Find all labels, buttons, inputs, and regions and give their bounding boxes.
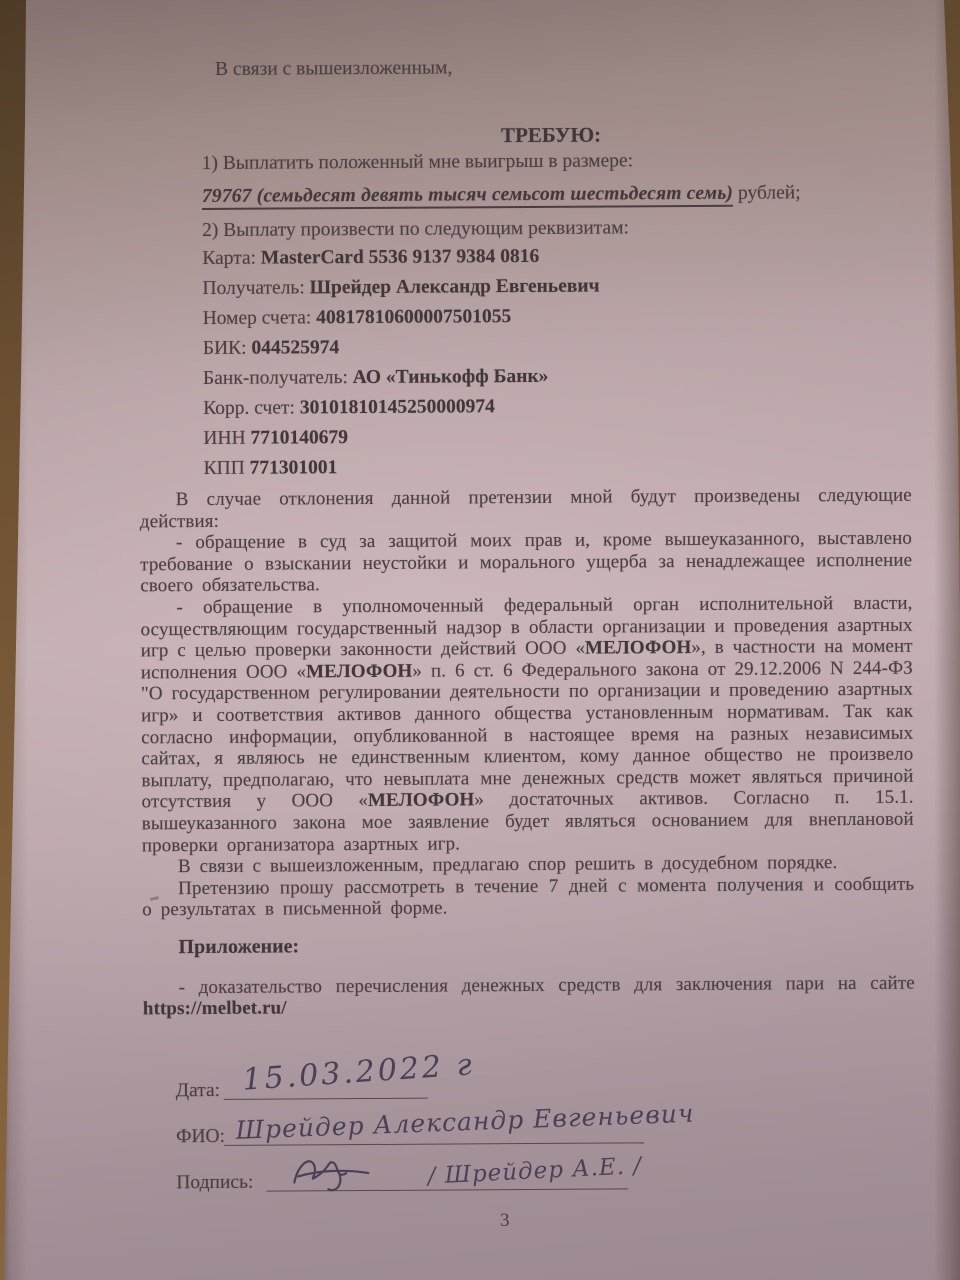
demand-item-1: 1) Выплатить положенный мне выигрыш в ра… — [202, 148, 910, 176]
paragraph-actions-intro: В случае отклонения данной претензии мно… — [140, 485, 912, 533]
intro-line: В связи с вышеизложенным, — [215, 54, 909, 82]
fio-row: ФИО: Шрейдер Александр Евгеньевич — [140, 1104, 930, 1155]
requisite-row-card: Карта: MasterCard 5536 9137 9384 0816 — [202, 240, 910, 274]
requisite-value: MasterCard 5536 9137 9384 0816 — [261, 246, 540, 269]
requisite-label: Получатель: — [202, 277, 309, 299]
claim-consequences: В случае отклонения данной претензии мно… — [140, 485, 915, 922]
paragraph-regulator-action: - обращение в уполномоченный федеральный… — [140, 593, 914, 857]
signature-row: Подпись: / Шрейдер А.Е. / — [140, 1150, 930, 1201]
date-underline — [224, 1098, 428, 1100]
bank-requisites: Карта: MasterCard 5536 9137 9384 0816 По… — [138, 240, 911, 485]
requisite-value: 40817810600007501055 — [316, 306, 511, 328]
requisite-row-bank: Банк-получатель: АО «Тинькофф Банк» — [203, 360, 911, 394]
requisite-label: Номер счета: — [203, 307, 317, 329]
amount-underlined: 79767 (семьдесят девять тысяч семьсот ше… — [202, 183, 733, 210]
requisite-value: 771301001 — [250, 457, 338, 479]
paragraph-court-action: - обращение в суд за защитой моих прав и… — [140, 528, 912, 597]
requisite-row-corr: Корр. счет: 30101810145250000974 — [203, 390, 911, 424]
company-name: МЕЛОФОН — [368, 790, 474, 812]
attachment-text: - доказательство перечисления денежных с… — [179, 973, 915, 998]
signature-block: Дата: 15.03.2022 г ФИО: Шрейдер Александ… — [140, 1058, 931, 1201]
requisite-value: 7710140679 — [250, 427, 348, 449]
requisite-label: Карта: — [202, 248, 261, 269]
handwritten-signature-name: / Шрейдер А.Е. / — [427, 1153, 643, 1190]
requisite-row-account: Номер счета: 40817810600007501055 — [203, 300, 911, 334]
site-link-text: https://melbet.ru/ — [143, 998, 287, 1020]
requisite-value: 30101810145250000974 — [300, 396, 495, 418]
signature-label: Подпись: — [176, 1172, 253, 1194]
requisite-value: Шрейдер Александр Евгеньевич — [310, 276, 600, 299]
demand-heading: ТРЕБУЮ: — [137, 120, 909, 151]
requisite-label: Корр. счет: — [203, 397, 300, 419]
requisite-label: Банк-получатель: — [203, 367, 353, 389]
amount-line: 79767 (семьдесят девять тысяч семьсот ше… — [202, 180, 910, 210]
requisite-label: ИНН — [203, 428, 250, 449]
date-row: Дата: 15.03.2022 г — [140, 1058, 930, 1109]
document-body: В связи с вышеизложенным, ТРЕБУЮ: 1) Вып… — [137, 54, 915, 1021]
paragraph-deadline: Претензию прошу рассмотреть в течение 7 … — [142, 873, 914, 921]
requisite-label: БИК: — [203, 338, 252, 359]
fio-label: ФИО: — [176, 1126, 225, 1148]
amount-suffix: рублей; — [733, 182, 801, 203]
requisite-value: 044525974 — [251, 337, 339, 359]
page-number: 3 — [500, 1210, 510, 1232]
requisite-row-bik: БИК: 044525974 — [203, 330, 911, 364]
attachment-heading: Приложение: — [178, 931, 914, 959]
company-name: МЕЛОФОН — [585, 637, 691, 659]
date-label: Дата: — [176, 1080, 220, 1102]
requisite-row-kpp: КПП 771301001 — [203, 450, 911, 484]
company-name: МЕЛОФОН — [306, 660, 412, 682]
requisite-value: АО «Тинькофф Банк» — [353, 366, 549, 388]
attachment-paragraph: - доказательство перечисления денежных с… — [143, 973, 915, 1021]
requisite-label: КПП — [204, 458, 250, 479]
requisite-row-recipient: Получатель: Шрейдер Александр Евгеньевич — [202, 270, 910, 304]
demand-item-2: 2) Выплату произвести по следующим рекви… — [202, 215, 910, 243]
requisite-row-inn: ИНН 7710140679 — [203, 420, 911, 454]
signature-scribble — [286, 1148, 382, 1203]
